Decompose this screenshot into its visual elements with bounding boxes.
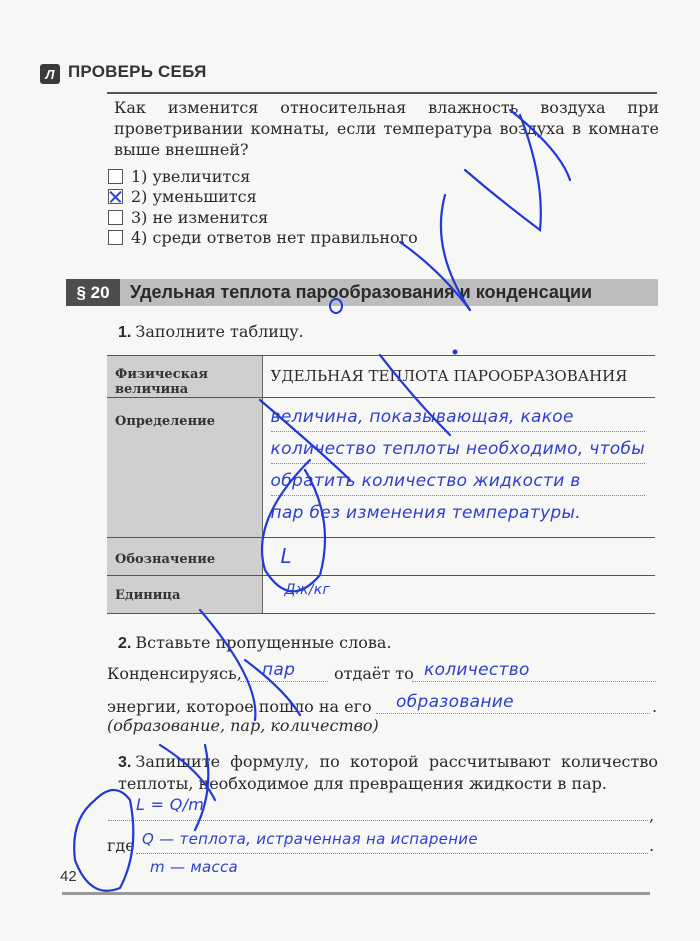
where-label: где bbox=[107, 836, 135, 855]
task-2-text: энергии, которое пошло на его bbox=[107, 697, 372, 716]
footer-rule bbox=[62, 892, 650, 895]
check-yourself-icon: Л bbox=[40, 64, 60, 84]
blank-3-input[interactable]: образование bbox=[376, 692, 650, 714]
where-input[interactable]: Q — теплота, истраченная на испарение bbox=[136, 830, 648, 854]
checkbox-icon[interactable] bbox=[108, 169, 123, 184]
section-number: § 20 bbox=[66, 279, 120, 306]
checkbox-icon[interactable] bbox=[108, 230, 123, 245]
blank-1-input[interactable]: пар bbox=[240, 660, 328, 682]
punctuation: , bbox=[649, 806, 654, 825]
task-1-heading: 1.Заполните таблицу. bbox=[118, 322, 304, 342]
blank-2-input[interactable]: количество bbox=[412, 660, 656, 682]
task-2-heading: 2.Вставьте пропущенные слова. bbox=[118, 633, 392, 653]
page-number: 42 bbox=[60, 868, 77, 885]
quiz-question: Как изменится относительная влажность во… bbox=[114, 97, 659, 160]
table-label: Определение bbox=[107, 398, 262, 538]
checkbox-icon[interactable] bbox=[108, 210, 123, 225]
workbook-page: Л ПРОВЕРЬ СЕБЯ Как изменится относительн… bbox=[0, 0, 700, 941]
fill-table: Физическая величина УДЕЛЬНАЯ ТЕПЛОТА ПАР… bbox=[107, 355, 655, 614]
table-row: Определение величина, показывающая, како… bbox=[107, 398, 655, 538]
quiz-options: 1) увеличится 2) уменьшится 3) не измени… bbox=[108, 166, 418, 248]
table-row: Физическая величина УДЕЛЬНАЯ ТЕПЛОТА ПАР… bbox=[107, 356, 655, 398]
task-2-text: Конденсируясь, bbox=[107, 664, 242, 683]
section-title: Удельная теплота парообразования и конде… bbox=[130, 282, 592, 303]
quiz-option[interactable]: 1) увеличится bbox=[108, 166, 418, 187]
table-row: Обозначение L bbox=[107, 538, 655, 576]
where-line-2: m — масса bbox=[150, 858, 238, 876]
table-label: Физическая величина bbox=[107, 356, 262, 398]
check-yourself-title: ПРОВЕРЬ СЕБЯ bbox=[68, 62, 206, 82]
punctuation: . bbox=[652, 697, 657, 716]
task-3-heading: 3.Запишите формулу, по которой рассчитыв… bbox=[118, 751, 658, 794]
table-label: Единица bbox=[107, 576, 262, 614]
table-row: Единица Дж/кг bbox=[107, 576, 655, 614]
unit-answer[interactable]: Дж/кг bbox=[262, 576, 655, 614]
checkbox-checked-icon[interactable] bbox=[108, 189, 123, 204]
punctuation: . bbox=[649, 836, 654, 855]
quiz-option[interactable]: 3) не изменится bbox=[108, 207, 418, 228]
quiz-option[interactable]: 4) среди ответов нет правильного bbox=[108, 228, 418, 249]
table-value: УДЕЛЬНАЯ ТЕПЛОТА ПАРООБРАЗОВАНИЯ bbox=[262, 356, 655, 398]
word-hint: (образование, пар, количество) bbox=[107, 716, 379, 735]
symbol-answer[interactable]: L bbox=[262, 538, 655, 576]
task-2-text: отдаёт то bbox=[334, 664, 414, 683]
formula-input[interactable]: L = Q/m bbox=[108, 795, 648, 821]
table-label: Обозначение bbox=[107, 538, 262, 576]
quiz-option[interactable]: 2) уменьшится bbox=[108, 187, 418, 208]
header-rule bbox=[107, 92, 657, 94]
definition-answer[interactable]: величина, показывающая, какое количество… bbox=[262, 398, 655, 538]
